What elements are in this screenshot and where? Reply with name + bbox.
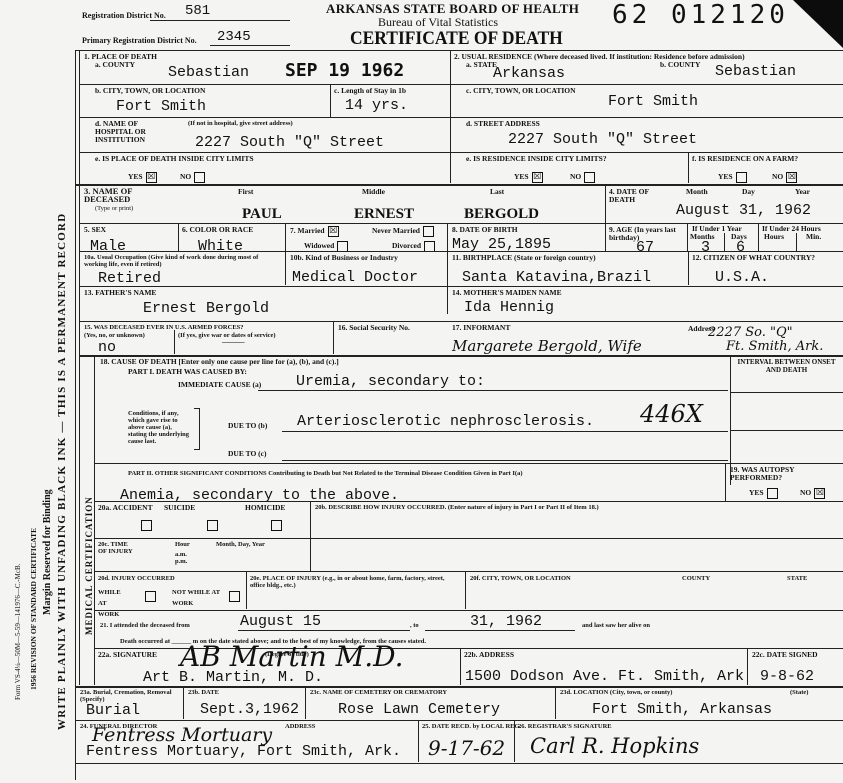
year-label: Year bbox=[795, 188, 810, 196]
race-label: 6. COLOR OR RACE bbox=[182, 226, 253, 234]
hospital-address: 2227 South "Q" Street bbox=[195, 135, 384, 151]
farm-label: f. IS RESIDENCE ON A FARM? bbox=[692, 155, 798, 163]
burial-date-label: 23b. DATE bbox=[188, 689, 219, 696]
business-label: 10b. Kind of Business or Industry bbox=[290, 254, 398, 262]
part2-label: PART II. OTHER SIGNIFICANT CONDITIONS Co… bbox=[128, 470, 523, 477]
suicide-label: SUICIDE bbox=[164, 504, 195, 512]
dob-label: 8. DATE OF BIRTH bbox=[452, 226, 518, 234]
death-inside-limits-yes: YES☒ bbox=[128, 172, 157, 183]
occupation-value: Retired bbox=[98, 271, 161, 287]
autopsy-no: NO☒ bbox=[800, 488, 825, 499]
residence-city: Fort Smith bbox=[608, 94, 698, 110]
conditions-label: Conditions, if any, which gave rise to a… bbox=[128, 410, 190, 445]
street-label: d. STREET ADDRESS bbox=[466, 120, 540, 128]
birthplace-value: Santa Katavina,Brazil bbox=[462, 270, 651, 286]
date-received-label: 25. DATE RECD. by LOCAL REG. bbox=[422, 723, 521, 730]
residence-limits-label: e. IS RESIDENCE INSIDE CITY LIMITS? bbox=[466, 155, 607, 163]
armed-forces-label: 15. WAS DECEASED EVER IN U.S. ARMED FORC… bbox=[84, 324, 244, 331]
binding-note: Margin Reserved for Binding bbox=[42, 489, 53, 615]
first-label: First bbox=[238, 188, 253, 196]
physician-name: Art B. Martin, M. D. bbox=[143, 670, 323, 686]
checkbox-not-while-at-work[interactable] bbox=[229, 591, 240, 602]
armed-forces-value: no bbox=[98, 340, 116, 356]
immediate-cause-label: IMMEDIATE CAUSE (a) bbox=[178, 381, 261, 389]
mother-name: Ida Hennig bbox=[464, 300, 554, 316]
due-to-b: Arteriosclerotic nephrosclerosis. bbox=[297, 414, 594, 430]
ink-notice: WRITE PLAINLY WITH UNFADING BLACK INK — … bbox=[56, 213, 68, 730]
checkbox-no[interactable] bbox=[194, 172, 205, 183]
residence-state: Arkansas bbox=[493, 66, 565, 82]
informant-signature: Margarete Bergold, Wife bbox=[452, 337, 642, 355]
hours-label: Hours bbox=[764, 233, 784, 241]
checkbox-no[interactable]: ☒ bbox=[786, 172, 797, 183]
citizen-value: U.S.A. bbox=[715, 270, 769, 286]
checkbox-homicide[interactable] bbox=[271, 520, 282, 531]
injury-county-label: COUNTY bbox=[682, 575, 710, 582]
hospital-hint: (If not in hospital, give street address… bbox=[188, 120, 293, 127]
county-label: a. COUNTY bbox=[95, 61, 135, 69]
cause-label: 18. CAUSE OF DEATH [Enter only one cause… bbox=[100, 358, 339, 366]
part1-label: PART I. DEATH WAS CAUSED BY: bbox=[128, 368, 247, 376]
physician-address: 1500 Dodson Ave. Ft. Smith, Ark bbox=[465, 669, 744, 685]
mother-label: 14. MOTHER'S MAIDEN NAME bbox=[452, 289, 562, 297]
hour-label: Hour bbox=[175, 541, 190, 548]
mdy-label: Month, Day, Year bbox=[216, 541, 265, 548]
burial-date: Sept.3,1962 bbox=[200, 702, 299, 718]
burial-method: Burial bbox=[86, 703, 140, 719]
place-of-injury-label: 20e. PLACE OF INJURY (e.g., in or about … bbox=[250, 575, 460, 589]
autopsy-label: 19. WAS AUTOPSY PERFORMED? bbox=[730, 466, 810, 482]
race-value: White bbox=[198, 239, 243, 255]
burial-method-label: 23a. Burial, Cremation, Removal (Specify… bbox=[80, 689, 180, 703]
certificate-number: 62 012120 bbox=[612, 0, 789, 30]
min-label: Min. bbox=[806, 233, 821, 241]
date-received: 9-17-62 bbox=[428, 736, 505, 760]
business-value: Medical Doctor bbox=[292, 270, 418, 286]
last-seen-label: and last saw her alive on bbox=[582, 622, 650, 629]
burial-state-label: (State) bbox=[790, 689, 808, 696]
residence-limits-yes: YES☒ bbox=[514, 172, 543, 183]
checkbox-married[interactable]: ☒ bbox=[328, 226, 339, 237]
form-number: Form VS-4¼—50M—5-59—141976—C.-McB. bbox=[14, 564, 22, 700]
physician-address-label: 22b. ADDRESS bbox=[464, 651, 514, 659]
due-to-c-label: DUE TO (c) bbox=[228, 450, 266, 458]
armed-forces-hint: (Yes, no, or unknown) bbox=[84, 332, 145, 339]
registrar-signature: Carl R. Hopkins bbox=[530, 734, 699, 758]
coder-annotation: 446X bbox=[640, 400, 703, 428]
farm-no: NO☒ bbox=[772, 172, 797, 183]
attended-from: August 15 bbox=[240, 614, 321, 630]
last-label: Last bbox=[490, 188, 504, 196]
residence-county-label: b. COUNTY bbox=[660, 61, 700, 69]
to-label: , to bbox=[410, 622, 419, 629]
due-to-b-label: DUE TO (b) bbox=[228, 422, 267, 430]
sex-label: 5. SEX bbox=[84, 226, 106, 234]
date-of-death: August 31, 1962 bbox=[676, 203, 811, 219]
signature-label: 22a. SIGNATURE bbox=[98, 651, 157, 659]
date-of-death-label: 4. DATE OF DEATH bbox=[609, 188, 649, 204]
time-of-injury-label: 20c. TIME OF INJURY bbox=[98, 541, 138, 555]
homicide-label: HOMICIDE bbox=[245, 504, 285, 512]
informant-address-2: Ft. Smith, Ark. bbox=[726, 339, 823, 354]
residence-county: Sebastian bbox=[715, 64, 796, 80]
name-hint: (Type or print) bbox=[95, 205, 133, 212]
checkbox-accident[interactable] bbox=[141, 520, 152, 531]
cemetery-name: Rose Lawn Cemetery bbox=[338, 702, 500, 718]
attended-to: 31, 1962 bbox=[470, 614, 542, 630]
first-name: PAUL bbox=[242, 206, 282, 223]
age-value: 67 bbox=[636, 240, 654, 256]
checkbox-yes[interactable]: ☒ bbox=[532, 172, 543, 183]
funeral-director: Fentress Mortuary, Fort Smith, Ark. bbox=[86, 744, 401, 760]
while-at-work: WHILE AT WORK bbox=[98, 587, 128, 620]
medical-certification-label: MEDICAL CERTIFICATION bbox=[84, 496, 94, 635]
father-name: Ernest Bergold bbox=[143, 301, 269, 317]
burial-location: Fort Smith, Arkansas bbox=[592, 702, 772, 718]
occupation-label: 10a. Usual Occupation (Give kind of work… bbox=[84, 254, 282, 268]
inside-limits-label: e. IS PLACE OF DEATH INSIDE CITY LIMITS bbox=[95, 155, 254, 163]
certificate-title: CERTIFICATE OF DEATH bbox=[350, 28, 563, 50]
length-of-stay: 14 yrs. bbox=[345, 98, 408, 114]
burial-location-label: 23d. LOCATION (City, town, or county) bbox=[560, 689, 672, 696]
describe-injury-label: 20b. DESCRIBE HOW INJURY OCCURRED. (Ente… bbox=[315, 504, 599, 511]
birthplace-label: 11. BIRTHPLACE (State or foreign country… bbox=[452, 254, 596, 262]
last-name: BERGOLD bbox=[464, 206, 539, 223]
citizen-label: 12. CITIZEN OF WHAT COUNTRY? bbox=[692, 254, 815, 262]
father-label: 13. FATHER'S NAME bbox=[84, 289, 156, 297]
primary-district-label: Primary Registration District No. bbox=[82, 37, 197, 45]
checkbox-never-married[interactable] bbox=[423, 226, 434, 237]
death-inside-limits-no: NO bbox=[180, 172, 205, 183]
name-label: 3. NAME OF DECEASED bbox=[84, 187, 154, 203]
usual-residence-label: 2. USUAL RESIDENCE (Where deceased lived… bbox=[454, 53, 745, 61]
checkbox-while-at-work[interactable] bbox=[145, 591, 156, 602]
informant-label: 17. INFORMANT bbox=[452, 324, 510, 332]
death-city: Fort Smith bbox=[116, 99, 206, 115]
registration-district-no: 581 bbox=[185, 3, 210, 19]
residence-limits-no: NO bbox=[570, 172, 595, 183]
never-married-option: Never Married bbox=[372, 226, 434, 237]
interval-label: INTERVAL BETWEEN ONSET AND DEATH bbox=[734, 358, 839, 374]
injury-city-label: 20f. CITY, TOWN, OR LOCATION bbox=[470, 575, 571, 582]
ampm-label: a.m. p.m. bbox=[175, 551, 189, 565]
informant-address-1: 2227 So. "Q" bbox=[708, 325, 793, 340]
checkbox-yes[interactable] bbox=[736, 172, 747, 183]
date-signed-label: 22c. DATE SIGNED bbox=[752, 651, 818, 659]
checkbox-yes[interactable] bbox=[767, 488, 778, 499]
registration-district-label: Registration District No. bbox=[82, 12, 166, 20]
hospital-label: d. NAME OF HOSPITAL OR INSTITUTION bbox=[95, 120, 165, 144]
director-address-label: ADDRESS bbox=[285, 723, 315, 730]
middle-name: ERNEST bbox=[354, 206, 414, 223]
immediate-cause: Uremia, secondary to: bbox=[296, 374, 485, 390]
checkbox-no[interactable] bbox=[584, 172, 595, 183]
received-stamp: SEP 19 1962 bbox=[285, 60, 404, 81]
residence-city-label: c. CITY, TOWN, OR LOCATION bbox=[466, 87, 576, 95]
date-signed: 9-8-62 bbox=[760, 669, 814, 685]
ssn-label: 16. Social Security No. bbox=[338, 324, 410, 332]
autopsy-yes: YES bbox=[749, 488, 778, 499]
accident-label: 20a. ACCIDENT bbox=[98, 504, 153, 512]
service-value: ——— bbox=[222, 338, 245, 346]
residence-street: 2227 South "Q" Street bbox=[508, 132, 697, 148]
checkbox-suicide[interactable] bbox=[207, 520, 218, 531]
revision-note: 1956 REVISION OF STANDARD CERTIFICATE bbox=[29, 528, 38, 690]
city-label: b. CITY, TOWN, OR LOCATION bbox=[95, 87, 205, 95]
sex-value: Male bbox=[90, 239, 126, 255]
farm-yes: YES bbox=[718, 172, 747, 183]
middle-label: Middle bbox=[362, 188, 385, 196]
married-option: 7. Married☒ bbox=[290, 226, 339, 237]
stay-label: c. Length of Stay in 1b bbox=[334, 87, 406, 95]
injury-state-label: STATE bbox=[787, 575, 807, 582]
checkbox-no[interactable]: ☒ bbox=[814, 488, 825, 499]
attended-label: 21. I attended the deceased from bbox=[100, 622, 190, 629]
registrar-label: 26. REGISTRAR'S SIGNATURE bbox=[518, 723, 612, 730]
injury-occurred-label: 20d. INJURY OCCURRED bbox=[98, 575, 175, 582]
corner-fold bbox=[793, 0, 843, 48]
primary-district-no: 2345 bbox=[217, 29, 251, 45]
day-label: Day bbox=[742, 188, 755, 196]
month-label: Month bbox=[686, 188, 708, 196]
not-while-at-work: NOT WHILE AT WORK bbox=[172, 587, 220, 609]
checkbox-yes[interactable]: ☒ bbox=[146, 172, 157, 183]
cemetery-label: 23c. NAME OF CEMETERY OR CREMATORY bbox=[310, 689, 447, 696]
death-county: Sebastian bbox=[168, 65, 249, 81]
